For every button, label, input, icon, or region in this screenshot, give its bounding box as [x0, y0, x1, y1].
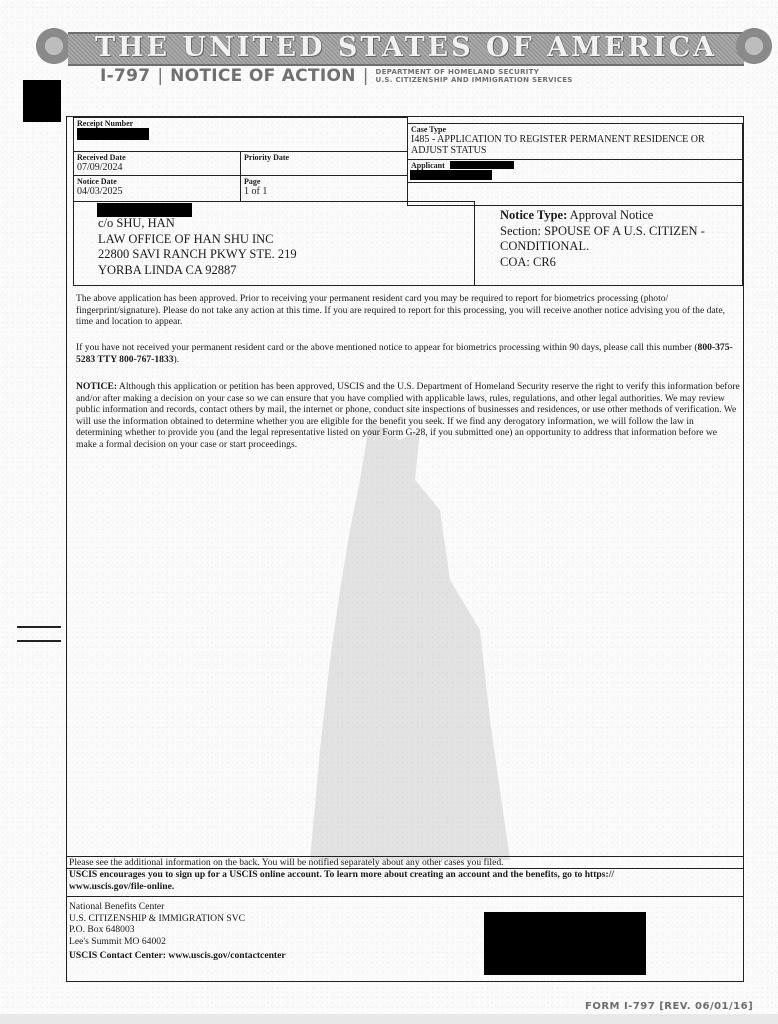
receipt-number-label: Receipt Number [77, 119, 407, 128]
banner-ornament-right [732, 26, 776, 66]
barcode-redacted [484, 912, 646, 975]
received-date-cell: Received Date 07/09/2024 [73, 151, 241, 176]
header-separator: | [157, 66, 163, 86]
banner-title: THE UNITED STATES OF AMERICA [68, 32, 744, 62]
notice-info: Notice Type: Approval Notice Section: SP… [500, 208, 740, 270]
priority-date-label: Priority Date [244, 153, 407, 162]
page-value: 1 of 1 [244, 186, 407, 197]
notice-date-label: Notice Date [77, 177, 240, 186]
case-type-cell: Case Type I485 - APPLICATION TO REGISTER… [407, 123, 743, 160]
received-date-label: Received Date [77, 153, 240, 162]
case-type-value: I485 - APPLICATION TO REGISTER PERMANENT… [411, 134, 731, 156]
receipt-number-cell: Receipt Number [73, 117, 408, 152]
applicant-cell: Applicant [407, 159, 743, 183]
office-address: National Benefits Center U.S. CITIZENSHI… [69, 901, 286, 962]
receipt-number-redacted [77, 128, 149, 140]
address-line-3: 22800 SAVI RANCH PKWY STE. 219 [98, 247, 297, 263]
margin-line [17, 640, 61, 642]
received-date-value: 07/09/2024 [77, 162, 240, 173]
page-label: Page [244, 177, 407, 186]
office-line-4: Lee's Summit MO 64002 [69, 936, 286, 948]
notice-paragraph: NOTICE: Although this application or pet… [76, 381, 740, 450]
margin-line [17, 626, 61, 628]
office-line-1: National Benefits Center [69, 901, 286, 913]
office-line-3: P.O. Box 648003 [69, 924, 286, 936]
redaction-block [23, 80, 61, 122]
mailing-address: c/o SHU, HAN LAW OFFICE OF HAN SHU INC 2… [98, 216, 297, 278]
notice-section: Section: SPOUSE OF A U.S. CITIZEN - COND… [500, 224, 740, 255]
notice-date-value: 04/03/2025 [77, 186, 240, 197]
applicant-redacted-1 [450, 161, 514, 169]
department-line-1: DEPARTMENT OF HOMELAND SECURITY [375, 68, 539, 76]
form-number: I-797 [100, 66, 150, 86]
additional-info: Please see the additional information on… [69, 857, 504, 869]
address-line-1: c/o SHU, HAN [98, 216, 297, 232]
biometrics-paragraph: If you have not received your permanent … [76, 342, 740, 365]
addressee-redacted [97, 203, 192, 217]
approval-paragraph: The above application has been approved.… [76, 293, 740, 328]
notice-type-label: Notice Type: [500, 208, 567, 222]
biometrics-text-end: ). [174, 354, 180, 365]
priority-date-cell: Priority Date [240, 151, 408, 176]
applicant-redacted-2 [410, 170, 492, 180]
department-line-2: U.S. CITIZENSHIP AND IMMIGRATION SERVICE… [375, 76, 572, 84]
scan-edge [0, 1014, 778, 1024]
biometrics-text: If you have not received your permanent … [76, 342, 698, 353]
office-line-2: U.S. CITIZENSHIP & IMMIGRATION SVC [69, 913, 286, 925]
address-line-2: LAW OFFICE OF HAN SHU INC [98, 232, 297, 248]
online-account-info: USCIS encourages you to sign up for a US… [69, 869, 689, 892]
banner: THE UNITED STATES OF AMERICA [28, 24, 774, 68]
contact-center: USCIS Contact Center: www.uscis.gov/cont… [69, 950, 286, 962]
case-type-label: Case Type [411, 125, 742, 134]
page-cell: Page 1 of 1 [240, 175, 408, 202]
department-name: DEPARTMENT OF HOMELAND SECURITY U.S. CIT… [375, 68, 572, 84]
address-line-4: YORBA LINDA CA 92887 [98, 263, 297, 279]
notice-title: NOTICE OF ACTION [170, 66, 356, 86]
notice-coa: COA: CR6 [500, 255, 740, 271]
header-separator: | [363, 66, 369, 86]
divider [66, 896, 744, 897]
form-revision: FORM I-797 [REV. 06/01/16] [585, 1001, 753, 1012]
form-header: I-797 | NOTICE OF ACTION | DEPARTMENT OF… [100, 66, 573, 86]
notice-label: NOTICE: [76, 381, 117, 392]
notice-date-cell: Notice Date 04/03/2025 [73, 175, 241, 202]
notice-text: Although this application or petition ha… [76, 381, 740, 450]
notice-type-value: Approval Notice [570, 208, 654, 222]
